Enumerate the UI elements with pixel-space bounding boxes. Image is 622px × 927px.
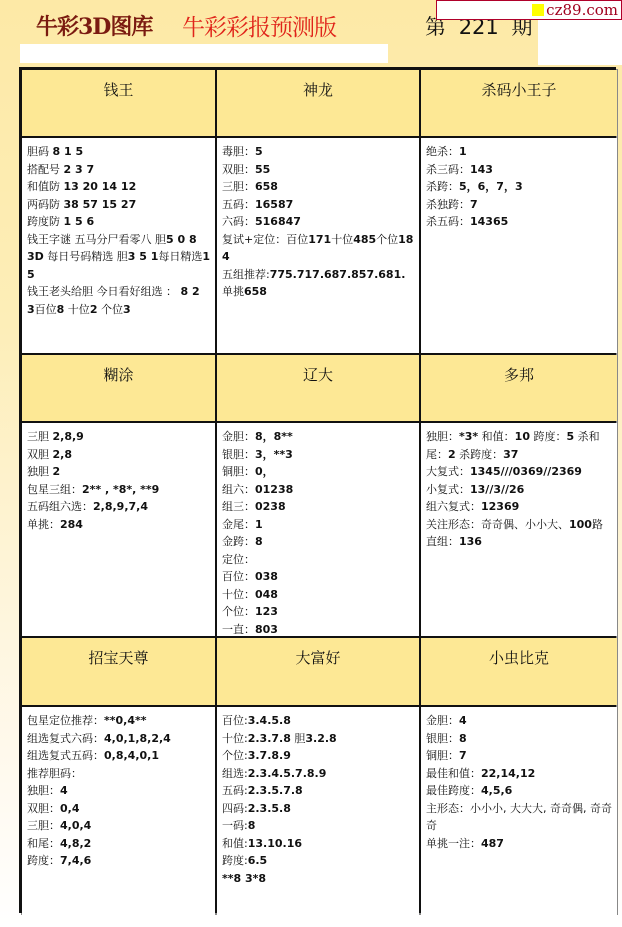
line-value: 487: [481, 837, 504, 850]
line-label: 组选复式五码：: [27, 749, 104, 762]
line-value: 22,14,12: [481, 767, 535, 780]
line-value: 143: [470, 163, 493, 176]
prediction-line: 双胆 2,8: [27, 446, 211, 464]
prediction-line: 杀五码：14365: [426, 213, 613, 231]
prediction-line: 胆码 8 1 5: [27, 143, 211, 161]
prediction-line: 单挑：284: [27, 516, 211, 534]
brand-title: 牛彩3D图库: [36, 10, 152, 41]
line-value: 0,4: [60, 802, 80, 815]
line-value: 3.7.8.9: [248, 749, 291, 762]
header-blank-box: [538, 20, 622, 65]
line-label: 最佳跨度：: [426, 784, 481, 797]
line-value: 1: [459, 145, 467, 158]
line-value: 1345///0369//2369: [470, 465, 582, 478]
line-value: 136: [459, 535, 482, 548]
prediction-line: 十位：048: [222, 586, 415, 604]
prediction-line: 五组推荐:775.717.687.857.681.: [222, 266, 415, 284]
prediction-line: 银胆：3，**3: [222, 446, 415, 464]
line-value: 2.3.7.8: [248, 732, 291, 745]
line-label: 杀跨：: [426, 180, 459, 193]
line-label: 十位: [331, 233, 353, 246]
line-value: 2** , *8*, **9: [82, 483, 159, 496]
line-label: 五码：: [222, 198, 255, 211]
line-label: 十位:: [222, 732, 248, 745]
section-body: 包星定位推荐：**0,4**组选复式六码：4,0,1,8,2,4组选复式五码：0…: [22, 707, 215, 920]
prediction-line: 两码防 38 57 15 27: [27, 196, 211, 214]
prediction-line: 和值:13.10.16: [222, 835, 415, 853]
line-label: 三胆：: [27, 819, 60, 832]
line-label: 单挑: [222, 285, 244, 298]
line-value: 5，6，7，3: [459, 180, 523, 193]
line-label: 复试+定位：百位: [222, 233, 308, 246]
line-label: 五组推荐:: [222, 268, 270, 281]
prediction-line: 毒胆：5: [222, 143, 415, 161]
line-label: 个位:: [222, 749, 248, 762]
line-value: 5 0 8: [166, 233, 197, 246]
line-value: 3D: [27, 250, 44, 263]
line-label: 和尾：: [27, 837, 60, 850]
line-value: 13//3//26: [470, 483, 524, 496]
line-label: 和值防: [27, 180, 64, 193]
prediction-line: 一直：803: [222, 621, 415, 639]
section-body: 金胆：4银胆：8铜胆：7最佳和值：22,14,12最佳跨度：4,5,6主形态：小…: [421, 707, 617, 920]
line-label: 大复式：: [426, 465, 470, 478]
line-label: 跨度:: [222, 854, 248, 867]
prediction-line: 铜胆：7: [426, 747, 613, 765]
prediction-line: 推荐胆码：: [27, 765, 211, 783]
line-value: 2,8,9,7,4: [93, 500, 148, 513]
line-value: 4: [459, 714, 467, 727]
section-title: 钱王: [22, 70, 215, 136]
line-label: 双胆：: [222, 163, 255, 176]
prediction-line: 双胆：55: [222, 161, 415, 179]
prediction-line: 定位：: [222, 551, 415, 569]
line-label: 独胆: [27, 465, 53, 478]
line-value: 7: [470, 198, 478, 211]
line-label: 银胆：: [426, 732, 459, 745]
line-value: 1: [255, 518, 263, 531]
prediction-line: 独胆：4: [27, 782, 211, 800]
line-value: 038: [255, 570, 278, 583]
prediction-line: 组三：0238: [222, 498, 415, 516]
line-label: 百位:: [222, 714, 248, 727]
line-value: 0238: [255, 500, 286, 513]
prediction-line: 复试+定位：百位171十位485个位184: [222, 231, 415, 266]
line-value: 803: [255, 623, 278, 636]
prediction-line: 独胆：*3* 和值：10 跨度：5 杀和尾：2 杀跨度：37: [426, 428, 613, 463]
line-label: 搭配号: [27, 163, 64, 176]
line-label: 个位: [376, 233, 398, 246]
watermark-text: cz89.com: [546, 1, 618, 19]
prediction-line: 直组：136: [426, 533, 613, 551]
line-label: 组六复式：: [426, 500, 481, 513]
line-value: *3*: [459, 430, 478, 443]
prediction-line: 和值防 13 20 14 12: [27, 178, 211, 196]
prediction-line: 组六复式：12369: [426, 498, 613, 516]
prediction-line: 钱王字谜 五马分尸看零八 胆5 0 8: [27, 231, 211, 249]
prediction-line: 独胆 2: [27, 463, 211, 481]
section-title: 神龙: [217, 70, 419, 136]
line-value: 7: [459, 749, 467, 762]
line-label: 小复式：: [426, 483, 470, 496]
prediction-line: 跨度防 1 5 6: [27, 213, 211, 231]
section-title: 辽大: [217, 355, 419, 421]
prediction-line: 组选:2.3.4.5.7.8.9: [222, 765, 415, 783]
line-value: 3: [123, 303, 131, 316]
line-label: 关注形态：奇奇偶、小小大、: [426, 518, 569, 531]
watermark-badge[interactable]: cz89.com: [436, 0, 622, 20]
line-label: 三胆：: [222, 180, 255, 193]
prediction-line: **8 3*8: [222, 870, 415, 888]
prediction-line: 杀跨：5，6，7，3: [426, 178, 613, 196]
line-label: 十位: [64, 303, 90, 316]
line-value: 10: [515, 430, 530, 443]
page-header: 牛彩3D图库 牛彩彩报预测版 第 221 期 cz89.com: [0, 0, 622, 66]
line-label: 双胆: [27, 448, 53, 461]
line-label: 钱王字谜 五马分尸看零八 胆: [27, 233, 166, 246]
line-label: 铜胆：: [222, 465, 255, 478]
line-value: 8: [255, 535, 263, 548]
line-value: 4: [60, 784, 68, 797]
line-label: 一直：: [222, 623, 255, 636]
prediction-line: 单挑658: [222, 283, 415, 301]
prediction-line: 绝杀：1: [426, 143, 613, 161]
line-label: 路: [592, 518, 603, 531]
prediction-line: 五码组六选：2,8,9,7,4: [27, 498, 211, 516]
line-label: 单挑一注：: [426, 837, 481, 850]
line-value: 658: [244, 285, 267, 298]
prediction-grid: 钱王神龙杀码小王子胆码 8 1 5搭配号 2 3 7和值防 13 20 14 1…: [19, 67, 616, 913]
line-value: 13.10.16: [248, 837, 302, 850]
line-value: 6.5: [248, 854, 268, 867]
prediction-line: 三胆：658: [222, 178, 415, 196]
prediction-line: 关注形态：奇奇偶、小小大、100路: [426, 516, 613, 534]
line-label: 铜胆：: [426, 749, 459, 762]
prediction-line: 六码：516847: [222, 213, 415, 231]
line-label: 六码：: [222, 215, 255, 228]
prediction-line: 主形态：小小小, 大大大, 奇奇偶, 奇奇奇: [426, 800, 613, 835]
prediction-line: 组选复式五码：0,8,4,0,1: [27, 747, 211, 765]
line-label: 十位：: [222, 588, 255, 601]
line-value: 8: [248, 819, 256, 832]
line-label: 双胆：: [27, 802, 60, 815]
line-label: 组选:: [222, 767, 248, 780]
line-value: 3，**3: [255, 448, 293, 461]
section-body: 三胆 2,8,9双胆 2,8独胆 2包星三组：2** , *8*, **9五码组…: [22, 423, 215, 636]
prediction-line: 3D 每日号码精选 胆3 5 1每日精选1 5: [27, 248, 211, 283]
line-label: 金跨：: [222, 535, 255, 548]
prediction-line: 四码:2.3.5.8: [222, 800, 415, 818]
line-label: 定位：: [222, 553, 255, 566]
line-label: 钱王老头给胆 今日看好组选 ：: [27, 285, 181, 298]
line-value: 048: [255, 588, 278, 601]
line-value: 3.2.8: [305, 732, 336, 745]
line-label: 杀三码：: [426, 163, 470, 176]
prediction-line: 金胆：4: [426, 712, 613, 730]
line-value: 284: [60, 518, 83, 531]
line-label: 组选复式六码：: [27, 732, 104, 745]
prediction-line: 百位:3.4.5.8: [222, 712, 415, 730]
prediction-line: 包星三组：2** , *8*, **9: [27, 481, 211, 499]
line-value: **0,4**: [104, 714, 147, 727]
prediction-line: 搭配号 2 3 7: [27, 161, 211, 179]
line-label: 组三：: [222, 500, 255, 513]
line-label: 独胆：: [27, 784, 60, 797]
line-label: 两码防: [27, 198, 64, 211]
line-label: 跨度：: [27, 854, 60, 867]
line-value: 0，: [255, 465, 274, 478]
line-label: 个位：: [222, 605, 255, 618]
prediction-line: 个位：123: [222, 603, 415, 621]
line-label: 推荐胆码：: [27, 767, 82, 780]
line-value: 8: [459, 732, 467, 745]
prediction-line: 跨度:6.5: [222, 852, 415, 870]
line-value: 2 3 7: [64, 163, 95, 176]
line-label: 一码:: [222, 819, 248, 832]
line-label: 毒胆：: [222, 145, 255, 158]
section-body: 毒胆：5双胆：55三胆：658五码：16587六码：516847复试+定位：百位…: [217, 138, 419, 353]
section-title: 杀码小王子: [421, 70, 617, 136]
section-body: 独胆：*3* 和值：10 跨度：5 杀和尾：2 杀跨度：37大复式：1345//…: [421, 423, 617, 636]
prediction-line: 铜胆：0，: [222, 463, 415, 481]
prediction-line: 大复式：1345///0369//2369: [426, 463, 613, 481]
line-label: 包星三组：: [27, 483, 82, 496]
line-value: 4,0,1,8,2,4: [104, 732, 171, 745]
prediction-line: 单挑一注：487: [426, 835, 613, 853]
line-label: 包星定位推荐：: [27, 714, 104, 727]
line-value: 3 5 1: [128, 250, 159, 263]
line-value: 658: [255, 180, 278, 193]
prediction-line: 金尾：1: [222, 516, 415, 534]
line-label: 杀五码：: [426, 215, 470, 228]
line-label: 金胆：: [426, 714, 459, 727]
line-label: 直组：: [426, 535, 459, 548]
line-value: 4,0,4: [60, 819, 91, 832]
prediction-line: 小复式：13//3//26: [426, 481, 613, 499]
line-label: 杀跨度：: [456, 448, 504, 461]
prediction-line: 跨度：7,4,6: [27, 852, 211, 870]
prediction-line: 三胆 2,8,9: [27, 428, 211, 446]
line-value: 3.4.5.8: [248, 714, 291, 727]
line-value: 1 5 6: [64, 215, 95, 228]
line-value: 4,5,6: [481, 784, 512, 797]
section-title: 大富好: [217, 638, 419, 705]
line-value: 4,8,2: [60, 837, 91, 850]
line-label: 组六：: [222, 483, 255, 496]
prediction-line: 杀独跨：7: [426, 196, 613, 214]
line-value: 2: [448, 448, 456, 461]
prediction-line: 组选复式六码：4,0,1,8,2,4: [27, 730, 211, 748]
prediction-line: 金跨：8: [222, 533, 415, 551]
line-label: 每日号码精选 胆: [44, 250, 128, 263]
section-title: 招宝天尊: [22, 638, 215, 705]
prediction-line: 双胆：0,4: [27, 800, 211, 818]
prediction-line: 组六：01238: [222, 481, 415, 499]
line-label: 银胆：: [222, 448, 255, 461]
line-label: 个位: [97, 303, 123, 316]
line-label: 金胆：: [222, 430, 255, 443]
line-value: 2,8: [53, 448, 73, 461]
section-title: 糊涂: [22, 355, 215, 421]
line-value: 171: [308, 233, 331, 246]
line-value: 2: [53, 465, 61, 478]
section-body: 绝杀：1杀三码：143杀跨：5，6，7，3杀独跨：7杀五码：14365: [421, 138, 617, 353]
prediction-line: 三胆：4,0,4: [27, 817, 211, 835]
line-value: 2.3.5.8: [248, 802, 291, 815]
prediction-line: 最佳跨度：4,5,6: [426, 782, 613, 800]
prediction-line: 百位：038: [222, 568, 415, 586]
line-label: 百位：: [222, 570, 255, 583]
line-value: 12369: [481, 500, 519, 513]
prediction-line: 金胆：8，8**: [222, 428, 415, 446]
prediction-line: 杀三码：143: [426, 161, 613, 179]
line-label: 杀独跨：: [426, 198, 470, 211]
section-body: 百位:3.4.5.8十位:2.3.7.8 胆3.2.8个位:3.7.8.9组选:…: [217, 707, 419, 920]
line-label: 单挑：: [27, 518, 60, 531]
prediction-line: 一码:8: [222, 817, 415, 835]
section-body: 胆码 8 1 5搭配号 2 3 7和值防 13 20 14 12两码防 38 5…: [22, 138, 215, 353]
line-value: 8，8**: [255, 430, 293, 443]
prediction-line: 钱王老头给胆 今日看好组选 ： 8 2 3百位8 十位2 个位3: [27, 283, 211, 318]
prediction-line: 五码：16587: [222, 196, 415, 214]
section-title: 小虫比克: [421, 638, 617, 705]
line-label: 五码:: [222, 784, 248, 797]
line-value: 13 20 14 12: [64, 180, 137, 193]
line-value: 2.3.4.5.7.8.9: [248, 767, 327, 780]
prediction-line: 银胆：8: [426, 730, 613, 748]
line-value: 5: [566, 430, 574, 443]
line-label: 五码组六选：: [27, 500, 93, 513]
line-value: 8 1 5: [53, 145, 84, 158]
line-label: 主形态：小小小, 大大大, 奇奇偶, 奇奇奇: [426, 802, 612, 833]
yellow-square-icon: [532, 4, 544, 16]
prediction-line: 和尾：4,8,2: [27, 835, 211, 853]
line-value: 37: [503, 448, 518, 461]
line-value: 5: [255, 145, 263, 158]
line-value: 2.3.5.7.8: [248, 784, 303, 797]
line-value: 14365: [470, 215, 508, 228]
line-value: 01238: [255, 483, 293, 496]
section-body: 金胆：8，8**银胆：3，**3铜胆：0，组六：01238组三：0238金尾：1…: [217, 423, 419, 636]
line-label: 独胆：: [426, 430, 459, 443]
line-label: 百位: [35, 303, 57, 316]
line-value: **8 3*8: [222, 872, 266, 885]
line-label: 跨度：: [530, 430, 567, 443]
line-value: 0,8,4,0,1: [104, 749, 159, 762]
section-title: 多邦: [421, 355, 617, 421]
edition-subtitle: 牛彩彩报预测版: [182, 9, 336, 42]
line-label: 跨度防: [27, 215, 64, 228]
line-label: 四码:: [222, 802, 248, 815]
line-label: 每日精选: [158, 250, 202, 263]
line-value: 16587: [255, 198, 293, 211]
line-value: 7,4,6: [60, 854, 91, 867]
line-value: 516847: [255, 215, 301, 228]
line-label: 和值:: [222, 837, 248, 850]
line-value: 38 57 15 27: [64, 198, 137, 211]
prediction-line: 个位:3.7.8.9: [222, 747, 415, 765]
line-value: 775.717.687.857.681.: [270, 268, 406, 281]
line-value: 100: [569, 518, 592, 531]
prediction-line: 包星定位推荐：**0,4**: [27, 712, 211, 730]
line-label: 最佳和值：: [426, 767, 481, 780]
line-value: 55: [255, 163, 270, 176]
line-value: 2,8,9: [53, 430, 84, 443]
line-value: 123: [255, 605, 278, 618]
line-label: 三胆: [27, 430, 53, 443]
line-label: 胆码: [27, 145, 53, 158]
prediction-line: 最佳和值：22,14,12: [426, 765, 613, 783]
line-label: 和值：: [478, 430, 515, 443]
prediction-line: 五码:2.3.5.7.8: [222, 782, 415, 800]
line-label: 金尾：: [222, 518, 255, 531]
prediction-line: 十位:2.3.7.8 胆3.2.8: [222, 730, 415, 748]
line-label: 绝杀：: [426, 145, 459, 158]
header-blank-bar: [20, 44, 388, 63]
line-label: 胆: [291, 732, 306, 745]
line-value: 485: [353, 233, 376, 246]
